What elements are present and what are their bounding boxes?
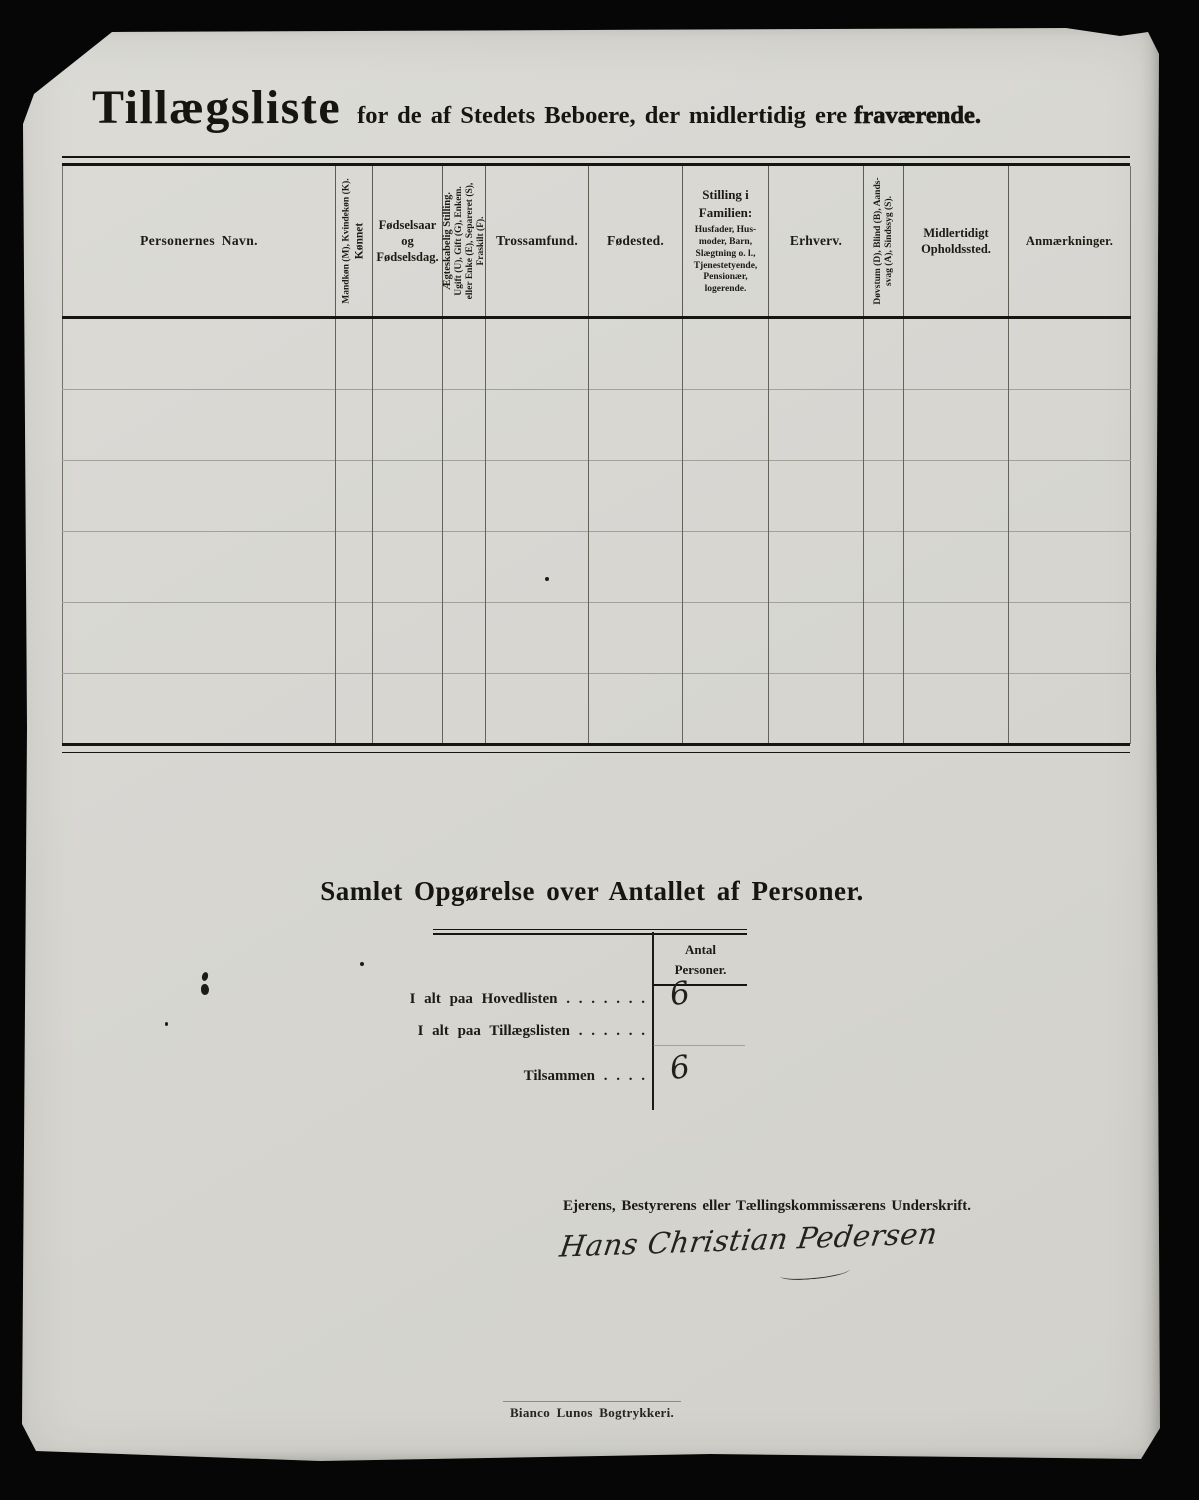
empty-cell <box>486 461 589 532</box>
summary-faint-rule <box>653 1045 745 1046</box>
empty-cell <box>373 461 443 532</box>
empty-cell <box>904 390 1009 461</box>
column-header-occupation: Erhverv. <box>769 166 864 318</box>
summary-row-label: Tilsammen . . . . <box>275 1068 645 1085</box>
ink-speck <box>201 984 209 995</box>
empty-cell <box>683 390 769 461</box>
empty-cell <box>683 461 769 532</box>
column-header-name: Personernes Navn. <box>63 166 336 318</box>
column-header-disability: Døvstum (D), Blind (B), Aands- svag (A),… <box>864 166 904 318</box>
empty-cell <box>336 674 373 745</box>
page-title: Tillægsliste for de af Stedets Beboere, … <box>92 80 981 135</box>
signature-label: Ejerens, Bestyrerens eller Tællingskommi… <box>467 1198 1067 1215</box>
empty-cell <box>769 674 864 745</box>
empty-cell <box>864 318 904 390</box>
empty-cell <box>1009 390 1131 461</box>
summary-header-rule <box>653 984 747 986</box>
empty-cell <box>904 532 1009 603</box>
empty-cell <box>373 390 443 461</box>
empty-cell <box>769 390 864 461</box>
empty-cell <box>486 603 589 674</box>
column-header-birth: Fødselsaar og Fødselsdag. <box>373 166 443 318</box>
empty-cell <box>769 532 864 603</box>
empty-cell <box>63 390 336 461</box>
ink-speck <box>545 577 549 581</box>
empty-cell <box>1009 603 1131 674</box>
document-page: Tillægsliste for de af Stedets Beboere, … <box>20 28 1160 1464</box>
empty-cell <box>63 532 336 603</box>
summary-row-value: 6 <box>667 1049 692 1088</box>
empty-cell <box>904 461 1009 532</box>
empty-cell <box>443 674 486 745</box>
footer-rule <box>503 1401 681 1402</box>
empty-cell <box>1009 532 1131 603</box>
empty-cell <box>336 318 373 390</box>
empty-cell <box>443 390 486 461</box>
empty-row <box>63 390 1131 461</box>
empty-cell <box>63 318 336 390</box>
empty-cell <box>1009 318 1131 390</box>
empty-cell <box>63 674 336 745</box>
empty-cell <box>589 461 683 532</box>
column-header-sex: Mandkøn (M), Kvindekøn (K). Kønnet <box>336 166 373 318</box>
summary-heading: Samlet Opgørelse over Antallet af Person… <box>292 876 892 907</box>
empty-cell <box>589 674 683 745</box>
empty-cell <box>589 390 683 461</box>
empty-cell <box>443 603 486 674</box>
empty-cell <box>336 603 373 674</box>
empty-cell <box>683 318 769 390</box>
empty-cell <box>683 674 769 745</box>
empty-cell <box>864 461 904 532</box>
empty-cell <box>1009 461 1131 532</box>
summary-row-label: I alt paa Tillægslisten . . . . . . <box>275 1023 645 1040</box>
empty-row <box>63 461 1131 532</box>
empty-cell <box>486 390 589 461</box>
ink-speck <box>165 1022 168 1026</box>
empty-cell <box>769 318 864 390</box>
summary-row-label: I alt paa Hovedlisten . . . . . . . <box>275 991 645 1008</box>
empty-cell <box>589 318 683 390</box>
header-row: Personernes Navn. Mandkøn (M), Kvindekøn… <box>63 166 1131 318</box>
ink-speck <box>201 971 209 981</box>
empty-cell <box>486 318 589 390</box>
empty-cell <box>589 532 683 603</box>
signature-flourish <box>780 1264 851 1282</box>
table-bottom-rule <box>62 743 1130 753</box>
empty-cell <box>1009 674 1131 745</box>
summary-top-rule <box>433 929 747 935</box>
title-emphasis: fraværende. <box>854 102 981 130</box>
empty-cell <box>864 674 904 745</box>
column-header-remarks: Anmærkninger. <box>1009 166 1131 318</box>
column-header-marital: Ægteskabelig Stilling. Ugift (U), Gift (… <box>443 166 486 318</box>
column-header-birthplace: Fødested. <box>589 166 683 318</box>
empty-cell <box>864 603 904 674</box>
empty-cell <box>443 461 486 532</box>
empty-cell <box>336 532 373 603</box>
empty-row <box>63 674 1131 745</box>
empty-cell <box>769 603 864 674</box>
empty-cell <box>683 532 769 603</box>
empty-row <box>63 532 1131 603</box>
empty-cell <box>904 674 1009 745</box>
empty-cell <box>683 603 769 674</box>
empty-cell <box>904 603 1009 674</box>
empty-cell <box>486 674 589 745</box>
empty-cell <box>336 461 373 532</box>
summary-row-value: 6 <box>667 975 692 1014</box>
column-header-whereabouts: Midlertidigt Opholdssted. <box>904 166 1009 318</box>
empty-row <box>63 603 1131 674</box>
census-table-body <box>63 318 1131 745</box>
census-table: Personernes Navn. Mandkøn (M), Kvindekøn… <box>62 156 1130 753</box>
title-subtitle: for de af Stedets Beboere, der midlertid… <box>357 102 847 130</box>
empty-cell <box>63 603 336 674</box>
empty-cell <box>589 603 683 674</box>
ink-speck <box>360 962 364 966</box>
empty-cell <box>443 532 486 603</box>
empty-cell <box>373 603 443 674</box>
empty-cell <box>336 390 373 461</box>
table-top-rule <box>62 156 1130 166</box>
empty-cell <box>864 532 904 603</box>
title-main: Tillægsliste <box>92 80 341 135</box>
empty-cell <box>373 532 443 603</box>
printer-imprint: Bianco Lunos Bogtrykkeri. <box>442 1405 742 1421</box>
empty-cell <box>864 390 904 461</box>
empty-cell <box>63 461 336 532</box>
empty-cell <box>904 318 1009 390</box>
empty-cell <box>769 461 864 532</box>
empty-cell <box>486 532 589 603</box>
summary-column-header: Antal Personer. <box>654 940 747 979</box>
empty-cell <box>373 674 443 745</box>
empty-cell <box>373 318 443 390</box>
empty-row <box>63 318 1131 390</box>
signature: Hans Christian Pedersen <box>558 1218 883 1263</box>
empty-cell <box>443 318 486 390</box>
column-header-family: Stilling i Familien: Husfader, Hus- mode… <box>683 166 769 318</box>
census-grid: Personernes Navn. Mandkøn (M), Kvindekøn… <box>62 166 1131 744</box>
column-header-religion: Trossamfund. <box>486 166 589 318</box>
